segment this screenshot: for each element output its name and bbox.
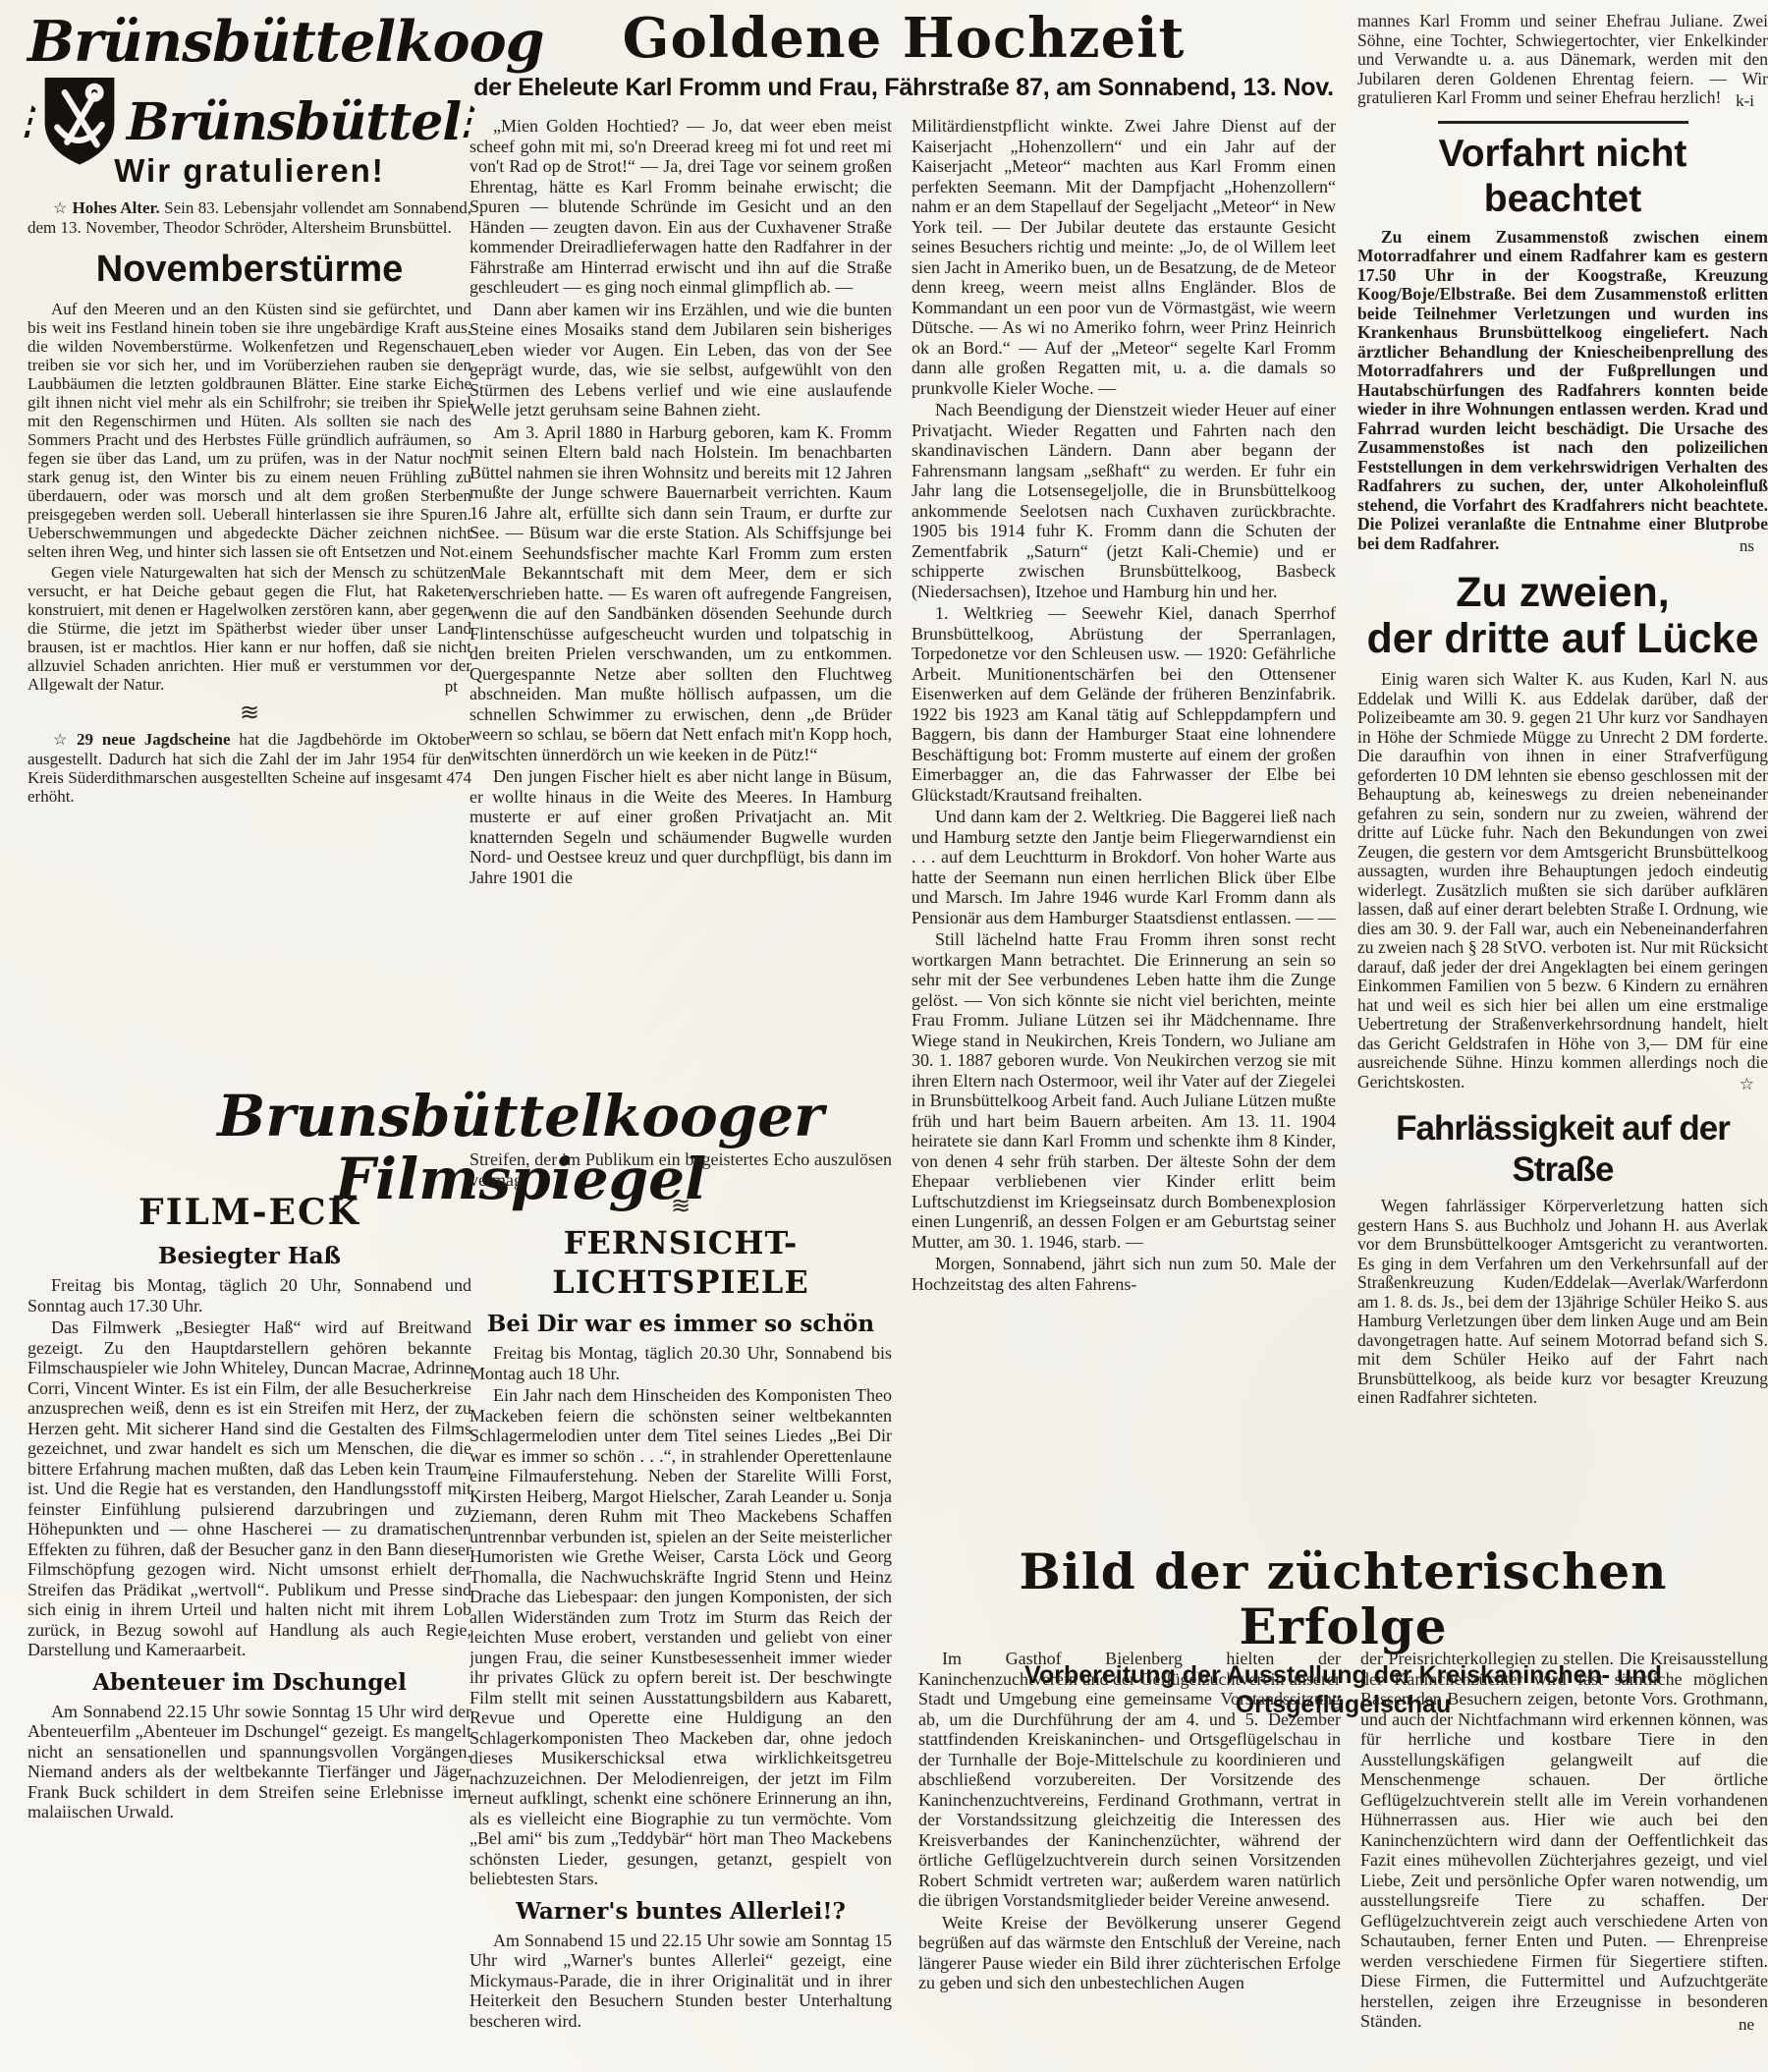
filmeck-subhead-1: Besiegter Haß: [28, 1242, 471, 1271]
gratulieren-heading: Wir gratulieren!: [28, 151, 471, 191]
hohes-alter-lead: Hohes Alter.: [73, 198, 160, 217]
right-column: mannes Karl Fromm und seiner Ehefrau Jul…: [1357, 12, 1768, 1542]
filmeck-heading: FILM-ECK: [28, 1191, 471, 1234]
article-paragraph: Den jungen Fischer hielt es aber nicht l…: [470, 766, 892, 887]
masthead-title-line2: Brünsbüttel: [127, 96, 461, 149]
goldene-hochzeit-subhead: der Eheleute Karl Fromm und Frau, Fährst…: [471, 73, 1336, 102]
article-paragraph: Dann aber kamen wir ins Erzählen, und wi…: [470, 300, 892, 420]
fernsicht-heading: FERNSICHT-LICHTSPIELE: [470, 1223, 892, 1302]
newspaper-page: Brünsbüttelkoog Brünsbüttel Wir gratuli: [0, 0, 1768, 2072]
vorfahrt-heading: Vorfahrt nicht beachtet: [1357, 132, 1768, 222]
article-paragraph: 1. Weltkrieg — Seewehr Kiel, danach Sper…: [912, 603, 1336, 805]
fahrlaessigkeit-heading: Fahrlässigkeit auf der Straße: [1357, 1108, 1768, 1191]
zuechterische-column-b: der Preisrichterkollegien zu stellen. Di…: [1360, 1649, 1768, 2072]
zu-zweien-heading: Zu zweien,der dritte auf Lücke: [1357, 570, 1768, 662]
wave-divider-icon: ≋: [28, 700, 471, 726]
left-column: Wir gratulieren! ☆Hohes Alter. Sein 83. …: [28, 145, 471, 1081]
fernsicht-subhead-2: Warner's buntes Allerlei!?: [470, 1897, 892, 1927]
goldene-continuation: mannes Karl Fromm und seiner Ehefrau Jul…: [1357, 12, 1768, 108]
star-dingbat-icon: ☆: [51, 732, 77, 749]
fernsicht-subhead-1: Bei Dir war es immer so schön: [470, 1310, 892, 1339]
novembersturme-p2: Gegen viele Naturgewalten hat sich der M…: [28, 563, 471, 694]
goldene-hochzeit-header: Goldene Hochzeit der Eheleute Karl Fromm…: [471, 8, 1336, 102]
article-paragraph: Morgen, Sonnabend, jährt sich nun zum 50…: [912, 1254, 1336, 1294]
masthead-title-line1: Brünsbüttelkoog: [28, 14, 471, 71]
filmeck-review: Das Filmwerk „Besiegter Haß“ wird auf Br…: [28, 1317, 471, 1660]
fernsicht-column: Streifen, der im Publikum ein begeistert…: [470, 1149, 892, 2072]
fahrlaessigkeit-body: Wegen fahrlässiger Körperverletzung hatt…: [1357, 1197, 1768, 1408]
article-paragraph: Still lächelnd hatte Frau Fromm ihren so…: [912, 929, 1336, 1252]
goldene-hochzeit-headline: Goldene Hochzeit: [471, 8, 1336, 69]
goldene-column-a: „Mien Golden Hochtied? — Jo, dat weer eb…: [470, 116, 892, 1081]
section-rule: [1438, 121, 1688, 124]
article-paragraph: Weite Kreise der Bevölkerung unserer Geg…: [918, 1913, 1341, 1993]
jagdscheine-lead: 29 neue Jagdscheine: [77, 730, 231, 749]
zu-zweien-heading-line1: Zu zweien,: [1456, 569, 1669, 616]
filmeck-showtimes: Freitag bis Montag, täglich 20 Uhr, Sonn…: [28, 1275, 471, 1316]
article-paragraph: der Preisrichterkollegien zu stellen. Di…: [1360, 1649, 1768, 2032]
hohes-alter-item: ☆Hohes Alter. Sein 83. Lebensjahr vollen…: [28, 198, 471, 237]
article-paragraph: Militärdienstpflicht winkte. Zwei Jahre …: [912, 116, 1336, 398]
fernsicht-review-2: Am Sonnabend 15 und 22.15 Uhr sowie am S…: [470, 1931, 892, 2032]
filmeck-column: FILM-ECK Besiegter Haß Freitag bis Monta…: [28, 1191, 471, 2072]
article-paragraph: „Mien Golden Hochtied? — Jo, dat weer eb…: [470, 116, 892, 298]
novembersturme-heading: Novemberstürme: [28, 247, 471, 292]
filmeck-review-2: Am Sonnabend 22.15 Uhr sowie Sonntag 15 …: [28, 1702, 471, 1822]
article-paragraph: Am 3. April 1880 in Harburg geboren, kam…: [470, 422, 892, 765]
article-paragraph: Nach Beendigung der Dienstzeit wieder He…: [912, 400, 1336, 601]
fernsicht-showtimes: Freitag bis Montag, täglich 20.30 Uhr, S…: [470, 1343, 892, 1383]
zu-zweien-body: Einig waren sich Walter K. aus Kuden, Ka…: [1357, 670, 1768, 1092]
wave-divider-icon: ≋: [470, 1194, 892, 1219]
flourish-stripes-left-icon: [24, 105, 37, 140]
fernsicht-review: Ein Jahr nach dem Hinscheiden des Kompon…: [470, 1385, 892, 1889]
goldene-column-b: Militärdienstpflicht winkte. Zwei Jahre …: [912, 116, 1336, 1539]
vorfahrt-body: Zu einem Zusammenstoß zwischen einem Mot…: [1357, 228, 1768, 554]
article-paragraph: Und dann kam der 2. Weltkrieg. Die Bagge…: [912, 807, 1336, 927]
jagdscheine-item: ☆29 neue Jagdscheine hat die Jagdbehörde…: [28, 730, 471, 806]
novembersturme-p1: Auf den Meeren und an den Küsten sind si…: [28, 300, 471, 561]
film-fragment: Streifen, der im Publikum ein begeistert…: [470, 1149, 892, 1190]
star-dingbat-icon: ☆: [51, 200, 73, 217]
zuechterische-headline: Bild der züchterischen Erfolge: [918, 1544, 1768, 1654]
filmeck-subhead-2: Abenteuer im Dschungel: [28, 1668, 471, 1698]
zu-zweien-heading-line2: der dritte auf Lücke: [1366, 615, 1758, 662]
article-paragraph: Im Gasthof Bielenberg hielten der Kaninc…: [918, 1649, 1341, 1911]
zuechterische-column-a: Im Gasthof Bielenberg hielten der Kaninc…: [918, 1649, 1341, 2072]
